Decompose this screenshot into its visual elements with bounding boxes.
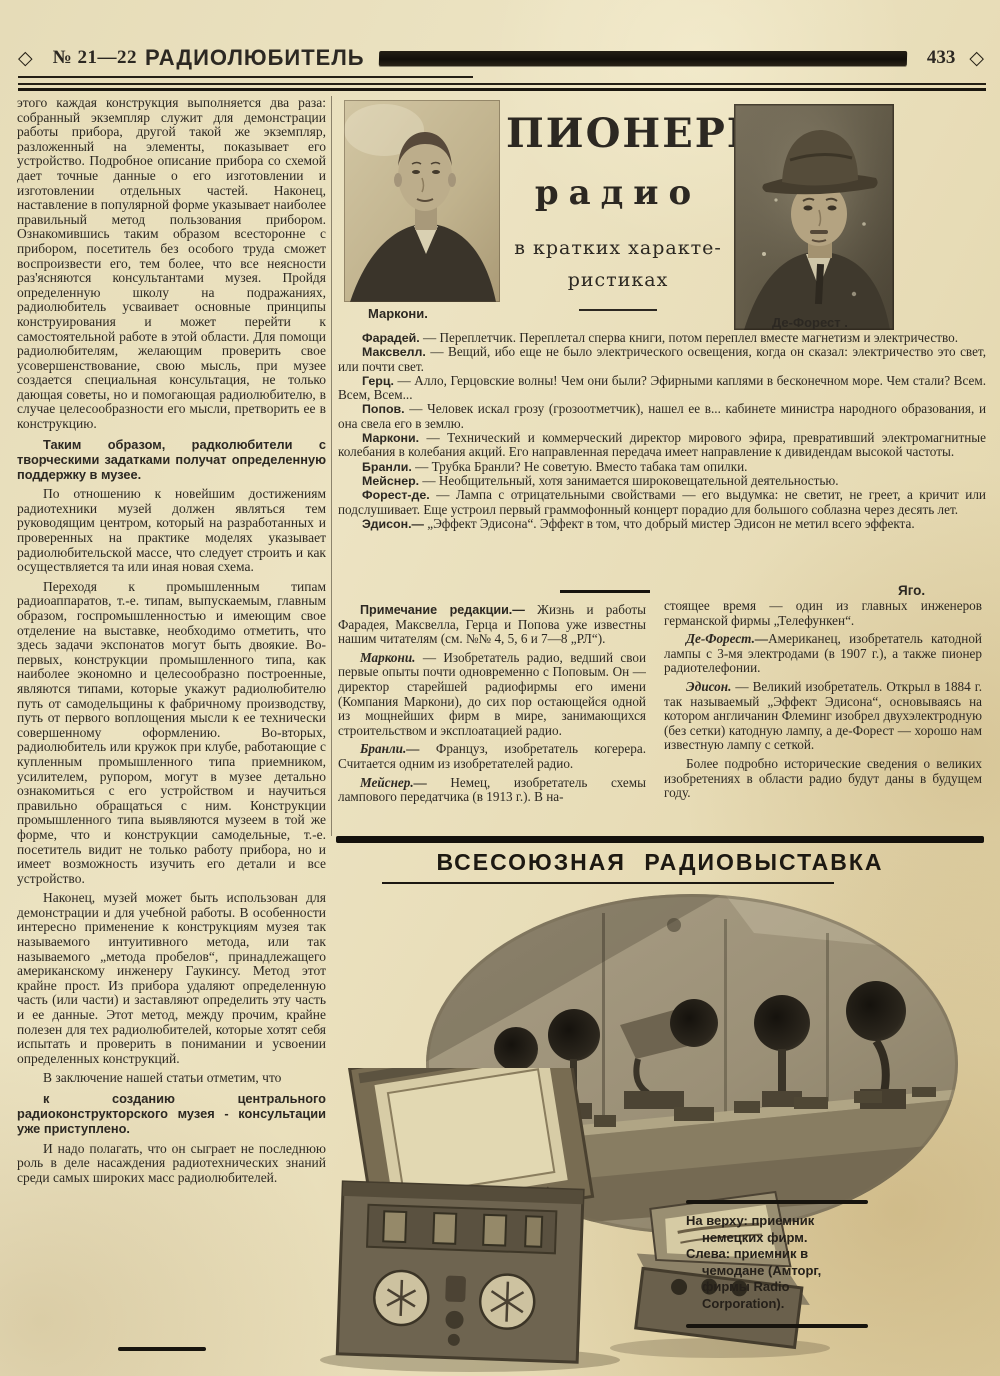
editorial-entry: Мейснер.— Немец, изобретатель схемы ламп… [338, 776, 646, 805]
pioneers-title-block: ПИОНЕРЫ радио в кратких характе- ристика… [506, 110, 730, 311]
pioneer-entry: Фарадей. — Переплетчик. Переплетал сперв… [338, 331, 986, 345]
pioneer-entry: Мейснер. — Необщительный, хотя занимаетс… [338, 474, 986, 488]
pioneer-name: Герц. [362, 374, 394, 388]
diamond-icon: ◇ [969, 49, 984, 68]
title-dash-rule [579, 309, 657, 311]
deforest-portrait-photo [734, 104, 894, 330]
article-paragraph: И надо полагать, что он сыграет не после… [17, 1142, 326, 1186]
page-number: 433 [927, 47, 956, 69]
pioneer-name: Фарадей. [362, 331, 420, 345]
pioneer-name: Максвелл. [362, 345, 426, 359]
article-paragraph: Переходя к промышленным типам радиоаппар… [17, 580, 326, 886]
author-signature: Яго. [898, 583, 925, 598]
marconi-photo-caption: Маркони. [368, 306, 428, 321]
photo-caption-box: На верху: приемник немецких фирм. Слева:… [686, 1200, 868, 1328]
article-paragraph-bold: Таким образом, радколюбители с творчески… [17, 437, 326, 483]
column-divider [331, 96, 332, 836]
pioneer-name: Маркони. [362, 431, 419, 445]
editorial-entry: Более подробно исторические сведения о в… [664, 757, 982, 801]
editorial-name: Мейснер.— [360, 775, 427, 790]
page-header: ◇ № 21—22 РАДИОЛЮБИТЕЛЬ 433 ◇ [18, 44, 984, 72]
pioneer-name: Мейснер. [362, 474, 419, 488]
section-divider-rule [560, 590, 650, 593]
masthead-title: РАДИОЛЮБИТЕЛЬ [145, 45, 365, 71]
pioneer-entry: Форест-де. — Лампа с отрицательными свой… [338, 488, 986, 517]
pioneer-text: — Необщительный, хотя занимается широков… [419, 473, 838, 488]
header-rule-short [18, 76, 473, 78]
editorial-text: Более подробно исторические сведения о в… [664, 756, 982, 800]
article-paragraph: В заключение нашей статьи отметим, что [17, 1071, 326, 1086]
pioneers-list: Фарадей. — Переплетчик. Переплетал сперв… [338, 331, 986, 587]
header-ink-bar [378, 51, 907, 66]
pioneer-entry: Эдисон.— „Эффект Эдисона“. Эффект в том,… [338, 517, 986, 531]
suitcase-body [337, 1182, 583, 1362]
article-paragraph: этого каждая конструкция выполняется два… [17, 96, 326, 432]
editorial-name: Эдисон. [686, 679, 731, 694]
article-end-rule [118, 1347, 206, 1351]
header-rule-thin [18, 83, 986, 85]
exhibition-top-bar [336, 836, 984, 843]
caption-line: На верху: приемник немецких фирм. [686, 1213, 868, 1246]
pioneer-text: — Переплетчик. Переплетал сперва книги, … [420, 331, 958, 345]
pioneers-title-line4: ристиках [506, 269, 730, 291]
editorial-entry: Примечание редакции.— Жизнь и работы Фар… [338, 603, 646, 647]
editorial-note-right-column: стоящее время — один из главных инженеро… [664, 599, 982, 833]
article-paragraph: По отношению к новейшим достижениям ради… [17, 487, 326, 575]
pioneer-name: Эдисон.— [362, 517, 424, 531]
editorial-note-left-column: Примечание редакции.— Жизнь и работы Фар… [338, 603, 646, 837]
caption-line: Слева: приемник в чемодане (Амторг, фирм… [686, 1246, 868, 1312]
pioneers-title-line3: в кратких характе- [506, 237, 730, 259]
pioneer-text: — Алло, Герцовские волны! Чем они были? … [338, 373, 986, 402]
pioneers-title-line2: радио [506, 173, 730, 213]
editorial-name: Де-Форест.— [686, 631, 768, 646]
editorial-name: Маркони. [360, 650, 415, 665]
pioneer-name: Форест-де. [362, 488, 430, 502]
pioneer-text: „Эффект Эдисона“. Эффект в том, что добр… [424, 516, 915, 531]
exhibition-heading: ВСЕСОЮЗНАЯ РАДИОВЫСТАВКА [336, 849, 984, 876]
header-rule-thick [18, 88, 986, 91]
mustache [810, 230, 828, 234]
pioneer-text: — Трубка Бранли? Не советую. Вместо таба… [412, 459, 748, 474]
pioneer-entry: Максвелл. — Вещий, ибо еще не было элект… [338, 345, 986, 374]
pioneer-text: — Вещий, ибо еще не было электрического … [338, 344, 986, 373]
pioneer-text: — Технический и коммерческий директор ми… [338, 430, 986, 459]
pioneer-entry: Бранли. — Трубка Бранли? Не советую. Вме… [338, 460, 986, 474]
editorial-entry: Эдисон. — Великий изобретатель. Открыл в… [664, 680, 982, 753]
editorial-text: стоящее время — один из главных инженеро… [664, 599, 982, 628]
pioneer-text: — Лампа с отрицательными свойствами — ег… [338, 487, 986, 516]
magazine-page: ◇ № 21—22 РАДИОЛЮБИТЕЛЬ 433 ◇ этого кажд… [0, 0, 1000, 1376]
editorial-entry: стоящее время — один из главных инженеро… [664, 599, 982, 628]
editorial-entry: Бранли.— Француз, изобретатель когерера.… [338, 742, 646, 771]
marconi-portrait-photo [344, 100, 500, 302]
issue-number: № 21—22 [53, 47, 137, 69]
pioneer-entry: Попов. — Человек искал грозу (грозоотмет… [338, 402, 986, 431]
editorial-name: Бранли.— [360, 741, 419, 756]
editorial-label: Примечание редакции.— [360, 603, 525, 617]
pioneer-name: Попов. [362, 402, 405, 416]
left-article-column: этого каждая конструкция выполняется два… [17, 96, 326, 1336]
article-paragraph-bold: к созданию центрального радиоконструктор… [17, 1091, 326, 1137]
pioneer-entry: Герц. — Алло, Герцовские волны! Чем они … [338, 374, 986, 403]
caption-rule-top [686, 1200, 868, 1204]
diamond-icon: ◇ [18, 49, 33, 68]
editorial-entry: Де-Форест.—Американец, изобретатель като… [664, 632, 982, 676]
pioneers-title-line1: ПИОНЕРЫ [506, 110, 730, 157]
editorial-entry: Маркони. — Изобретатель радио, ведший св… [338, 651, 646, 739]
exhibition-heading-rule [382, 882, 834, 884]
article-paragraph: Наконец, музей может быть использован дл… [17, 891, 326, 1066]
pioneer-text: — Человек искал грозу (грозоотметчик), н… [338, 401, 986, 430]
pioneer-name: Бранли. [362, 460, 412, 474]
caption-rule-bottom [686, 1324, 868, 1328]
pioneer-entry: Маркони. — Технический и коммерческий ди… [338, 431, 986, 460]
deforest-photo-caption: Де-Форест . [772, 315, 848, 330]
